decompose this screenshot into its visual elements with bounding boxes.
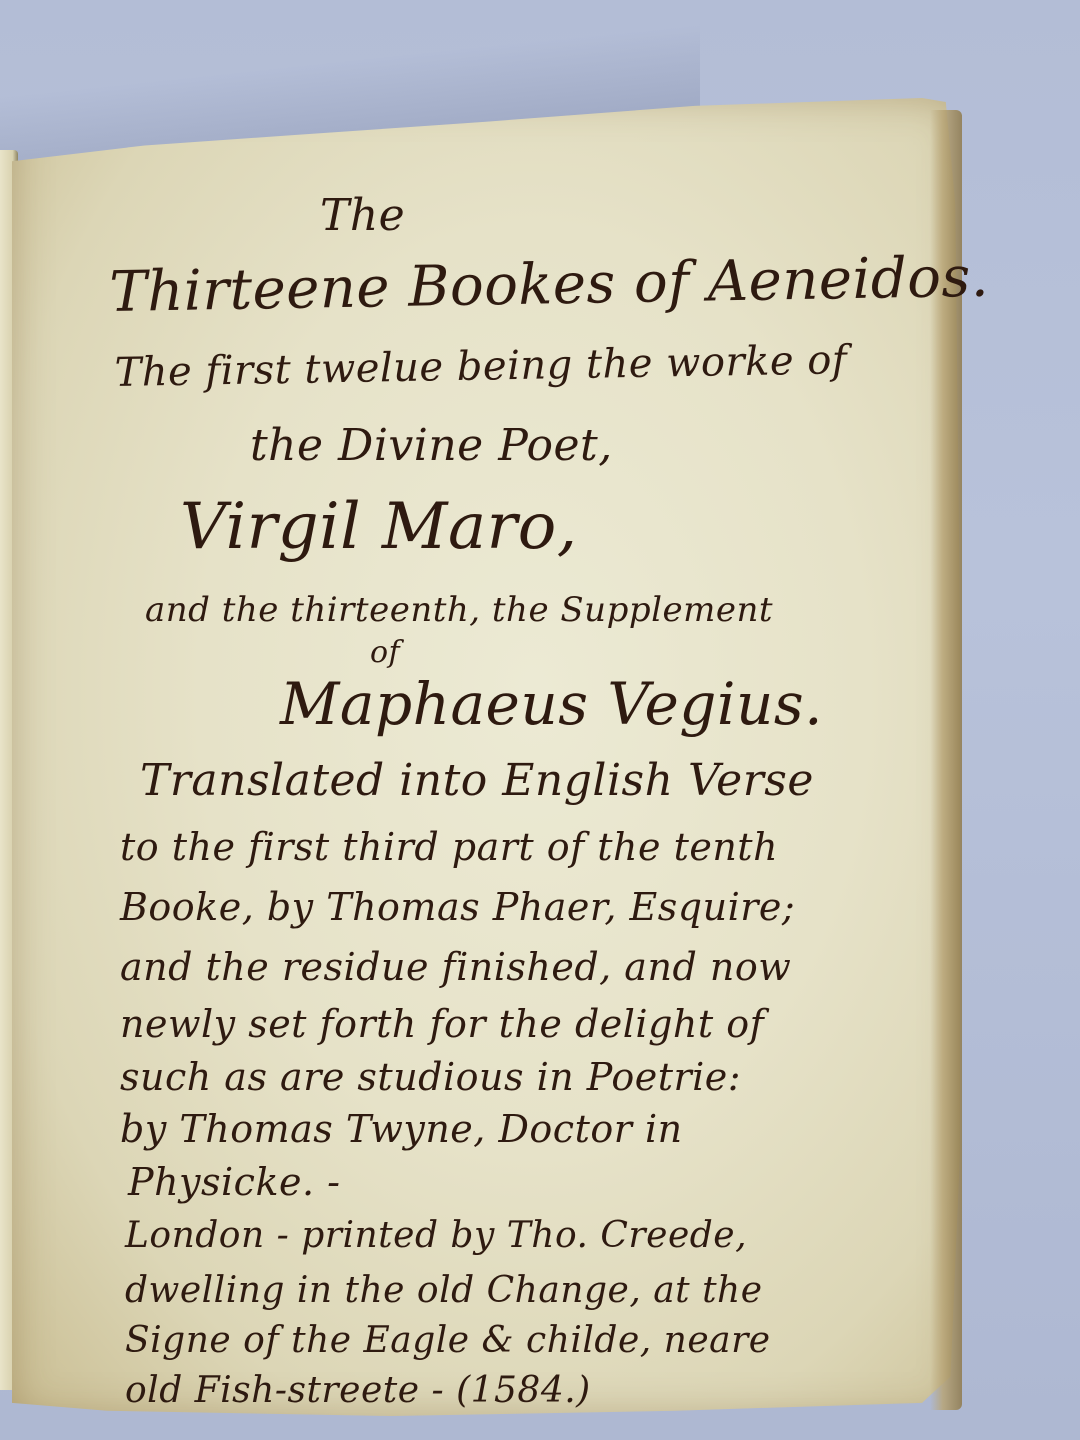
line-physicke: Physicke. - <box>128 1160 340 1204</box>
line-residue-finished: and the residue finished, and now <box>120 945 791 989</box>
line-divine-poet: the Divine Poet, <box>250 420 613 471</box>
line-of: of <box>370 635 400 670</box>
line-eagle-childe: Signe of the Eagle & childe, neare <box>125 1320 771 1361</box>
line-london-printed: London - printed by Tho. Creede, <box>125 1215 747 1256</box>
line-old-change: dwelling in the old Change, at the <box>125 1270 763 1311</box>
line-thomas-twyne: by Thomas Twyne, Doctor in <box>120 1107 683 1151</box>
line-fish-streete-date: old Fish-streete - (1584.) <box>125 1370 591 1411</box>
line-first-third-part: to the first third part of the tenth <box>120 825 778 869</box>
line-translated: Translated into English Verse <box>140 755 814 806</box>
line-newly-set-forth: newly set forth for the delight of <box>120 1002 764 1046</box>
line-studious-poetrie: such as are studious in Poetrie: <box>120 1055 741 1099</box>
line-maphaeus-vegius: Maphaeus Vegius. <box>280 670 823 738</box>
line-thomas-phaer: Booke, by Thomas Phaer, Esquire; <box>120 885 795 929</box>
line-the: The <box>320 190 405 241</box>
line-virgil-maro: Virgil Maro, <box>180 490 578 564</box>
line-thirteenth-supplement: and the thirteenth, the Supplement <box>145 590 773 630</box>
